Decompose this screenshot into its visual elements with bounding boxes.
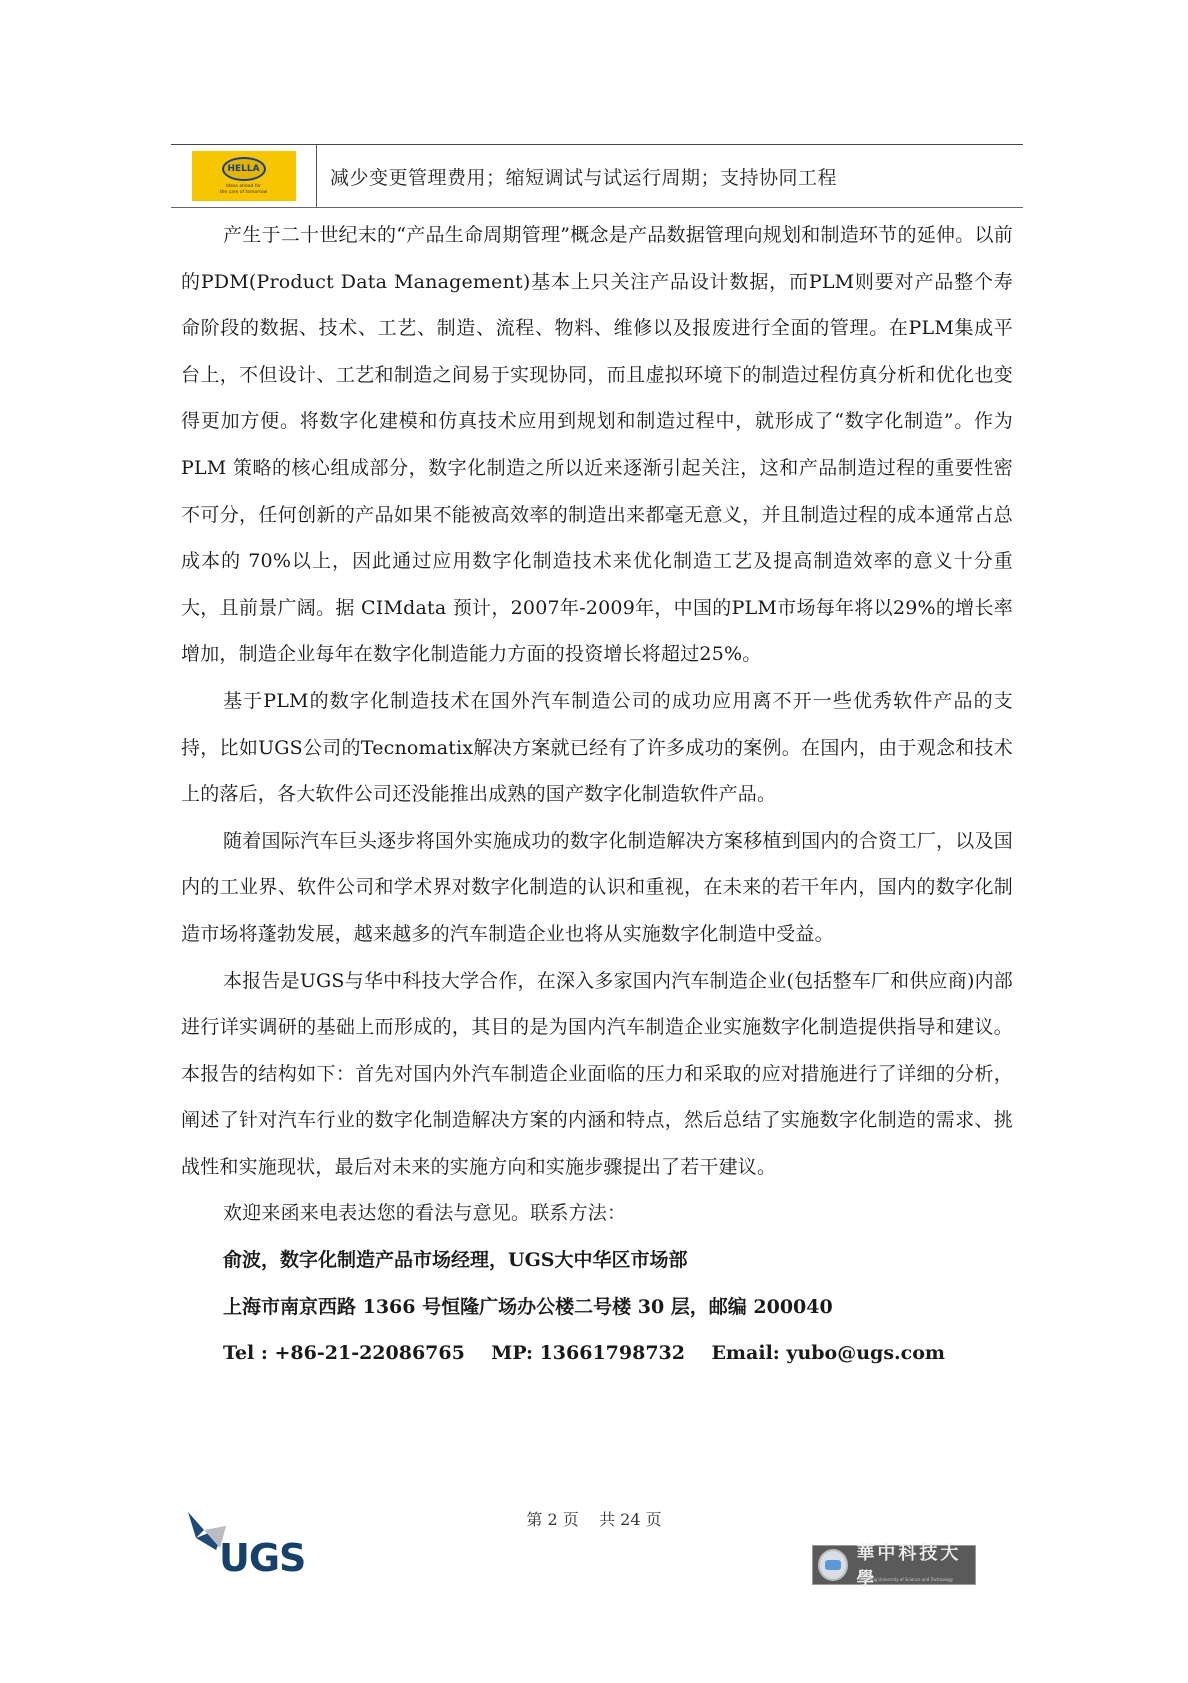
contact-name: 俞波，数字化制造产品市场经理，UGS大中华区市场部: [181, 1237, 1013, 1284]
ugs-logo: UGS: [186, 1508, 306, 1578]
paragraph-report-structure: 本报告是UGS与华中科技大学合作，在深入多家国内汽车制造企业(包括整车厂和供应商…: [181, 958, 1013, 1191]
hella-logo: HELLA Ideas ahead for the care of tomorr…: [192, 151, 296, 201]
contact-address: 上海市南京西路 1366 号恒隆广场办公楼二号楼 30 层，邮编 200040: [181, 1284, 1013, 1331]
hella-logo-mark: HELLA: [222, 157, 266, 181]
hust-emblem-icon: [818, 1549, 848, 1581]
header-logo-cell: HELLA Ideas ahead for the care of tomorr…: [171, 145, 317, 207]
page-header: HELLA Ideas ahead for the care of tomorr…: [171, 144, 1023, 208]
document-body: 产生于二十世纪末的“产品生命周期管理”概念是产品数据管理向规划和制造环节的延伸。…: [181, 212, 1013, 1377]
contact-phone-email: Tel : +86-21-22086765 MP: 13661798732 Em…: [181, 1330, 1013, 1377]
hust-logo: 華中科技大學 Huazhong University of Science an…: [812, 1545, 976, 1585]
paragraph-software-support: 基于PLM的数字化制造技术在国外汽车制造公司的成功应用离不开一些优秀软件产品的支…: [181, 678, 1013, 818]
paragraph-contact-intro: 欢迎来函来电表达您的看法与意见。联系方法：: [181, 1190, 1013, 1237]
hella-tagline: Ideas ahead for the care of tomorrow: [220, 184, 267, 196]
header-title: 减少变更管理费用；缩短调试与试运行周期；支持协同工程: [317, 145, 837, 207]
page-number: 第 2 页 共 24 页: [0, 1507, 1188, 1530]
paragraph-market-outlook: 随着国际汽车巨头逐步将国外实施成功的数字化制造解决方案移植到国内的合资工厂，以及…: [181, 818, 1013, 958]
paragraph-plm-intro: 产生于二十世纪末的“产品生命周期管理”概念是产品数据管理向规划和制造环节的延伸。…: [181, 212, 1013, 678]
